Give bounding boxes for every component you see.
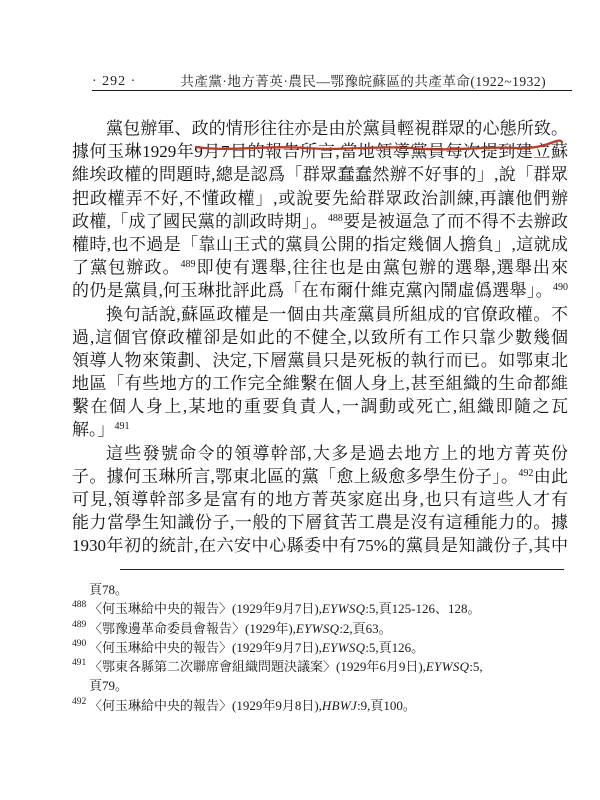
- text-run: 黨包辦軍、政的情形往往亦是由於黨員輕視群眾的心態所致。: [106, 119, 568, 138]
- footnote-number: 489: [72, 621, 86, 631]
- body-text-line: 過,這個官僚政權卻是如此的不健全,以致所有工作只靠少數幾個: [72, 326, 568, 349]
- text-run: 即使有選舉,往往也是由黨包辦的選舉,選舉出來: [196, 258, 568, 277]
- page-number: · 292 ·: [92, 74, 136, 90]
- text-run: 把政權弄不好,不懂政權」,或說要先給群眾政治訓練,再讓他們辦: [72, 189, 568, 208]
- text-run: 政權,「成了國民黨的訓政時期」。: [72, 212, 328, 231]
- body-text-line: 繫在個人身上,某地的重要負責人,一調動或死亡,組織即隨之瓦: [72, 395, 568, 418]
- footnote-number: 491: [72, 659, 86, 669]
- footnote-number: 492: [72, 698, 86, 708]
- book-page-scan: · 292 · 共產黨·地方菁英·農民—鄂豫皖蘇區的共產革命(1922~1932…: [0, 0, 600, 800]
- text-run: 可見,領導幹部多是富有的地方菁英家庭出身,也只有這些人才有: [72, 490, 568, 509]
- body-text-line: 解。」491: [72, 418, 568, 441]
- text-run: 1930年初的統計,在六安中心縣委中有75%的黨員是知識份子,其中: [72, 536, 568, 555]
- text-run: 這些發號命令的領導幹部,大多是過去地方上的地方菁英份: [106, 444, 568, 463]
- body-text-line: 領導人物來策劃、決定,下層黨員只是死板的執行而已。如鄂東北: [72, 349, 568, 372]
- text-run: 地區「有些地方的工作完全維繫在個人身上,甚至組織的生命都維: [72, 374, 568, 393]
- footnote-row: 491〈鄂東各縣第二次聯席會組織問題決議案〉(1929年6月9日),EYWSQ:…: [72, 657, 574, 676]
- body-text-line: 了黨包辦政。489即使有選舉,往往也是由黨包辦的選舉,選舉出來: [72, 256, 568, 279]
- footnote-ref: 488: [328, 213, 343, 224]
- body-text-line: 子。據何玉琳所言,鄂東北區的黨「愈上級愈多學生份子」。492由此: [72, 465, 568, 488]
- text-run: 領導人物來策劃、決定,下層黨員只是死板的執行而已。如鄂東北: [72, 351, 568, 370]
- running-header: · 292 · 共產黨·地方菁英·農民—鄂豫皖蘇區的共產革命(1922~1932…: [92, 72, 572, 90]
- body-text-line: 地區「有些地方的工作完全維繫在個人身上,甚至組織的生命都維: [72, 372, 568, 395]
- body-text-line: 1930年初的統計,在六安中心縣委中有75%的黨員是知識份子,其中: [72, 534, 568, 557]
- text-run: :5,: [469, 659, 482, 674]
- footnote-row: 490〈何玉琳給中央的報告〉(1929年9月7日),EYWSQ:5,頁126。: [72, 638, 574, 657]
- body-text-line: 政權,「成了國民黨的訓政時期」。488要是被逼急了而不得不去辦政: [72, 210, 568, 233]
- text-run: 的仍是黨員,何玉琳批評此爲「在布爾什維克黨內鬧虛僞選舉」。: [72, 281, 553, 300]
- footnote-number: 488: [72, 601, 86, 611]
- footnote-row: 488〈何玉琳給中央的報告〉(1929年9月7日),EYWSQ:5,頁125-1…: [72, 599, 574, 618]
- body-text-line: 權時,也不過是「靠山王式的黨員公開的指定幾個人擔負」,這就成: [72, 233, 568, 256]
- footnotes: 頁78。488〈何玉琳給中央的報告〉(1929年9月7日),EYWSQ:5,頁1…: [72, 580, 574, 715]
- footnote-row: 489〈鄂豫邊革命委員會報告〉(1929年),EYWSQ:2,頁63。: [72, 619, 574, 638]
- text-run: 過,這個官僚政權卻是如此的不健全,以致所有工作只靠少數幾個: [72, 328, 568, 347]
- text-run: 權時,也不過是「靠山王式的黨員公開的指定幾個人擔負」,這就成: [72, 235, 568, 254]
- body-text: 黨包辦軍、政的情形往往亦是由於黨員輕視群眾的心態所致。據何玉琳1929年9月7日…: [72, 117, 568, 558]
- header-rule: [92, 90, 572, 91]
- text-run: 由此: [533, 467, 568, 486]
- footnote-row: 頁79。: [72, 676, 574, 695]
- footnote-number: 490: [72, 640, 86, 650]
- source-abbrev: EYWSQ: [322, 601, 365, 616]
- text-run: 繫在個人身上,某地的重要負責人,一調動或死亡,組織即隨之瓦: [72, 397, 568, 416]
- text-run: 頁78。: [89, 582, 128, 597]
- body-text-line: 維埃政權的問題時,總是認爲「群眾蠢蠢然辦不好事的」,說「群眾: [72, 163, 568, 186]
- footnote-ref: 492: [518, 468, 533, 479]
- source-abbrev: EYWSQ: [322, 640, 365, 655]
- text-run: 能力當學生知識份子,一般的下層貧苦工農是沒有這種能力的。據: [72, 513, 568, 532]
- text-run: 維埃政權的問題時,總是認爲「群眾蠢蠢然辦不好事的」,說「群眾: [72, 165, 568, 184]
- footnote-separator: [120, 569, 564, 570]
- text-run: 要是被逼急了而不得不去辦政: [343, 212, 568, 231]
- source-abbrev: EYWSQ: [426, 659, 469, 674]
- body-text-line: 把政權弄不好,不懂政權」,或說要先給群眾政治訓練,再讓他們辦: [72, 187, 568, 210]
- running-title: 共產黨·地方菁英·農民—鄂豫皖蘇區的共產革命(1922~1932): [180, 70, 546, 90]
- text-run: 解。」: [72, 420, 115, 439]
- text-run: 〈鄂豫邊革命委員會報告〉(1929年),: [89, 621, 296, 636]
- text-run: :2,頁63。: [339, 621, 391, 636]
- body-text-line: 的仍是黨員,何玉琳批評此爲「在布爾什維克黨內鬧虛僞選舉」。490: [72, 279, 568, 302]
- body-text-line: 黨包辦軍、政的情形往往亦是由於黨員輕視群眾的心態所致。: [72, 117, 568, 140]
- text-run: :5,頁126。: [365, 640, 424, 655]
- body-text-line: 換句話說,蘇區政權是一個由共產黨員所組成的官僚政權。不: [72, 303, 568, 326]
- text-run: 〈何玉琳給中央的報告〉(1929年9月7日),: [89, 601, 322, 616]
- text-run: 了黨包辦政。: [72, 258, 181, 277]
- text-run: 〈何玉琳給中央的報告〉(1929年9月8日),: [89, 698, 322, 713]
- text-run: 換句話說,蘇區政權是一個由共產黨員所組成的官僚政權。不: [106, 305, 568, 324]
- body-text-line: 據何玉琳1929年9月7日的報告所言,當地領導黨員每次提到建立蘇: [72, 140, 568, 163]
- footnote-row: 492〈何玉琳給中央的報告〉(1929年9月8日),HBWJ:9,頁100。: [72, 696, 574, 715]
- source-abbrev: EYWSQ: [296, 621, 339, 636]
- body-text-line: 能力當學生知識份子,一般的下層貧苦工農是沒有這種能力的。據: [72, 511, 568, 534]
- text-run: 〈何玉琳給中央的報告〉(1929年9月7日),: [89, 640, 322, 655]
- text-run: 頁79。: [89, 678, 128, 693]
- body-text-line: 這些發號命令的領導幹部,大多是過去地方上的地方菁英份: [72, 442, 568, 465]
- source-abbrev: HBWJ: [322, 698, 357, 713]
- footnote-ref: 489: [181, 259, 196, 270]
- text-run: :5,頁125-126、128。: [365, 601, 480, 616]
- text-run: :9,頁100。: [357, 698, 416, 713]
- footnote-row: 頁78。: [72, 580, 574, 599]
- text-run: 〈鄂東各縣第二次聯席會組織問題決議案〉(1929年6月9日),: [89, 659, 426, 674]
- text-run: 據何玉琳1929年9月7日的報告所言,當地領導黨員每次提到建立蘇: [72, 142, 568, 161]
- body-text-line: 可見,領導幹部多是富有的地方菁英家庭出身,也只有這些人才有: [72, 488, 568, 511]
- footnote-ref: 490: [553, 282, 568, 293]
- text-run: 子。據何玉琳所言,鄂東北區的黨「愈上級愈多學生份子」。: [72, 467, 518, 486]
- footnote-ref: 491: [115, 421, 130, 432]
